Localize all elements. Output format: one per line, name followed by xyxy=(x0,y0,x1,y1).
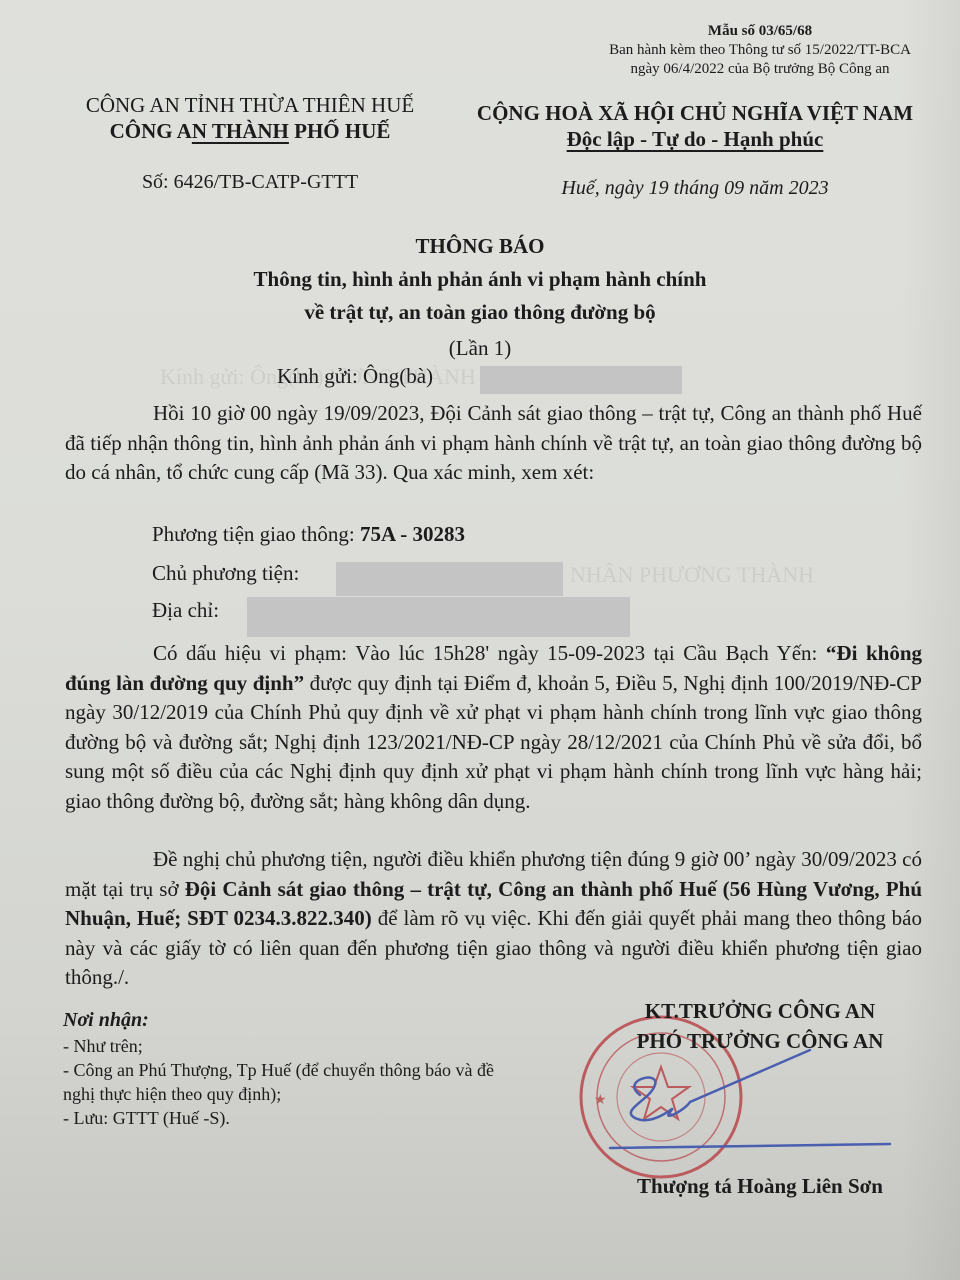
document-title: THÔNG BÁO Thông tin, hình ảnh phản ánh v… xyxy=(0,230,960,365)
license-plate: 75A - 30283 xyxy=(360,522,465,546)
request-paragraph: Đề nghị chủ phương tiện, người điều khiể… xyxy=(65,845,922,993)
redacted-owner xyxy=(336,562,563,596)
org-name-part: PHỐ HUẾ xyxy=(289,119,391,143)
address-label: Địa chỉ: xyxy=(152,598,219,622)
org-name-underlined: N THÀNH xyxy=(192,119,289,143)
subtitle-line-2: về trật tự, an toàn giao thông đường bộ xyxy=(0,296,960,329)
document-number: Số: 6426/TB-CATP-GTTT xyxy=(40,169,460,195)
distribution-header: Nơi nhận: xyxy=(63,1008,523,1032)
vehicle-label: Phương tiện giao thông: xyxy=(152,522,360,546)
addressee-label: Kính gửi: Ông(bà) xyxy=(277,364,433,388)
violation-paragraph: Có dấu hiệu vi phạm: Vào lúc 15h28' ngày… xyxy=(65,639,922,816)
address-field: Địa chỉ: xyxy=(152,598,219,623)
document-page: Kính gửi: Ông(bà) ƯƠNG THÀNH NHÂN PHƯƠNG… xyxy=(0,0,960,1280)
redacted-addressee-name xyxy=(480,366,682,394)
document-type: THÔNG BÁO xyxy=(0,230,960,263)
distribution-item: - Như trên; xyxy=(63,1034,523,1058)
on-behalf-of: KT.TRƯỞNG CÔNG AN xyxy=(600,996,920,1026)
organization-name: CÔNG AN THÀNH PHỐ HUẾ xyxy=(40,118,460,144)
violation-intro: Có dấu hiệu vi phạm: Vào lúc 15h28' ngày… xyxy=(153,641,826,665)
form-reference: Mẫu số 03/65/68 Ban hành kèm theo Thông … xyxy=(560,22,960,79)
subtitle-line-1: Thông tin, hình ảnh phản ánh vi phạm hàn… xyxy=(0,263,960,296)
attempt-number: (Lần 1) xyxy=(0,332,960,365)
form-issued-by: Ban hành kèm theo Thông tư số 15/2022/TT… xyxy=(560,41,960,60)
distribution-item: - Công an Phú Thượng, Tp Huế (để chuyển … xyxy=(63,1058,523,1106)
nation-name: CỘNG HOÀ XÃ HỘI CHỦ NGHĨA VIỆT NAM xyxy=(450,100,940,126)
national-motto: Độc lập - Tự do - Hạnh phúc xyxy=(567,127,824,151)
issuing-authority: CÔNG AN TỈNH THỪA THIÊN HUẾ CÔNG AN THÀN… xyxy=(40,92,460,195)
vehicle-field: Phương tiện giao thông: 75A - 30283 xyxy=(152,522,465,547)
owner-label: Chủ phương tiện: xyxy=(152,561,299,585)
form-issued-date: ngày 06/4/2022 của Bộ trưởng Bộ Công an xyxy=(560,60,960,79)
redacted-address xyxy=(247,597,630,637)
signer-name: Thượng tá Hoàng Liên Sơn xyxy=(600,1174,920,1199)
bleed-through-text: NHÂN PHƯƠNG THÀNH xyxy=(570,562,814,588)
form-code: Mẫu số 03/65/68 xyxy=(560,22,960,41)
distribution-list: Nơi nhận: - Như trên; - Công an Phú Thượ… xyxy=(63,1008,523,1130)
intro-paragraph: Hồi 10 giờ 00 ngày 19/09/2023, Đội Cảnh … xyxy=(65,399,922,488)
parent-organization: CÔNG AN TỈNH THỪA THIÊN HUẾ xyxy=(40,92,460,118)
addressee: Kính gửi: Ông(bà) xyxy=(277,364,433,389)
national-header: CỘNG HOÀ XÃ HỘI CHỦ NGHĨA VIỆT NAM Độc l… xyxy=(450,100,940,201)
handwritten-signature-icon xyxy=(600,1040,920,1160)
org-name-part: CÔNG A xyxy=(110,119,192,143)
owner-field: Chủ phương tiện: xyxy=(152,561,299,586)
distribution-item: - Lưu: GTTT (Huế -S). xyxy=(63,1106,523,1130)
place-date: Huế, ngày 19 tháng 09 năm 2023 xyxy=(450,175,940,201)
